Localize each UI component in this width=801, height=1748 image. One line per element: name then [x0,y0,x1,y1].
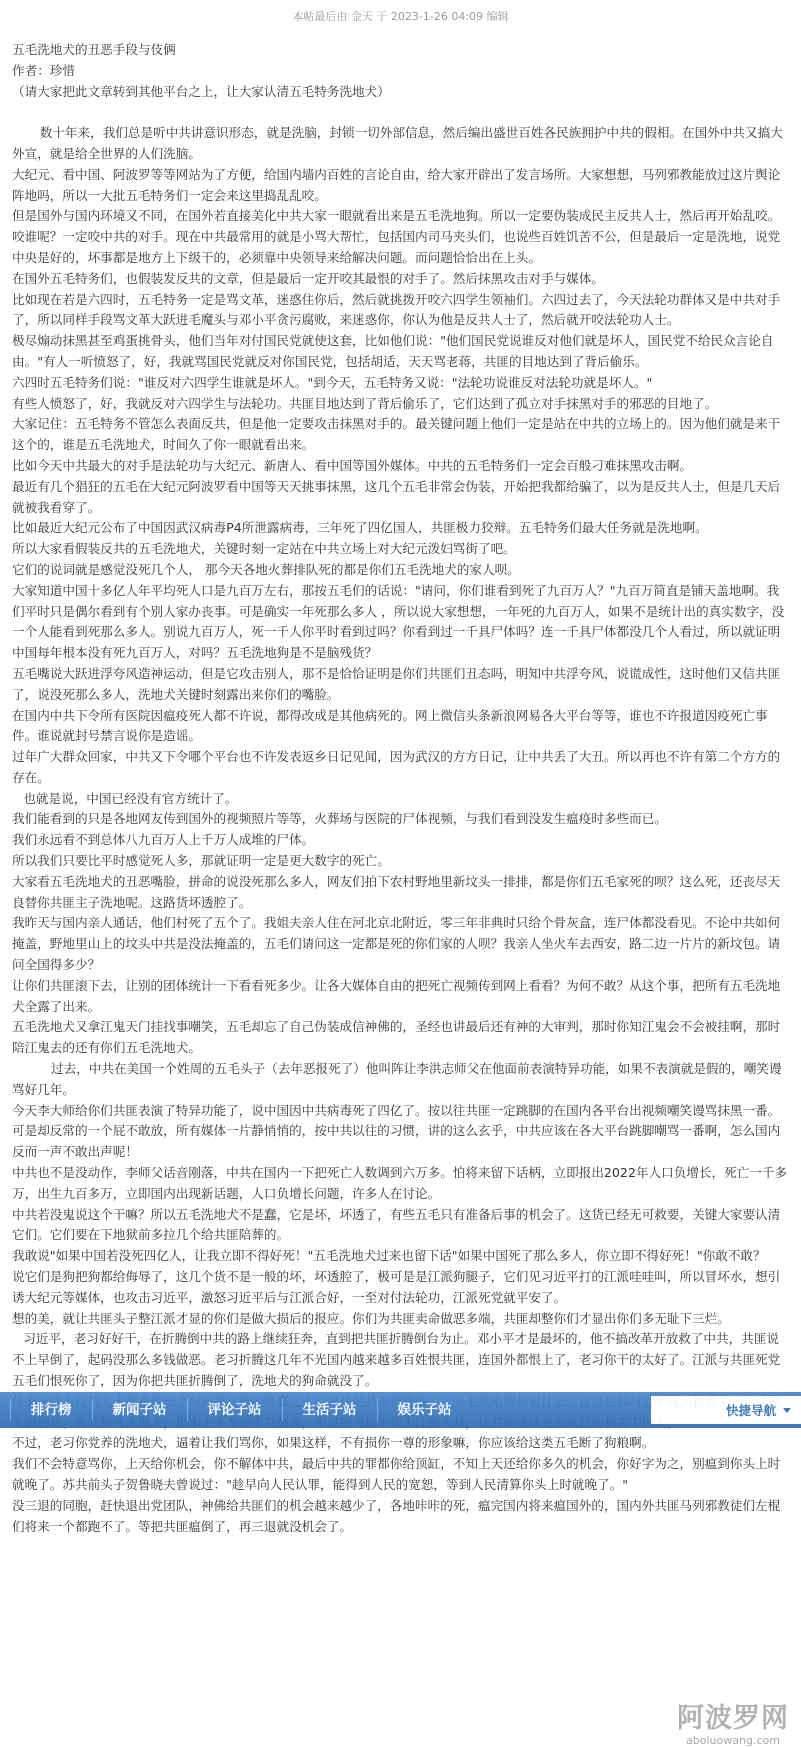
paragraph: 过去，中共在美国一个姓周的五毛头子（去年恶报死了）他叫阵让李洪志师父在他面前表演… [12,1059,790,1101]
paragraph: 在国内中共下令所有医院因瘟疫死人都不许说，都得改成是其他病死的。网上微信头条新浪… [12,706,790,748]
paragraph: 过年广大群众回家，中共又下令哪个平台也不许发表返乡日记见闻，因为武汉的方方日记，… [12,747,790,789]
paragraph: 有些人愤怒了，好，我就反对六四学生与法轮功。共匪目地达到了背后偷乐了，它们达到了… [12,394,790,415]
article-note: （请大家把此文章转到其他平台之上，让大家认清五毛特务洗地犬） [12,82,790,103]
paragraph: 咬谁呢？一定咬中共的对手。现在中共最常用的就是小骂大帮忙，包括国内司马夹头们，也… [12,227,790,269]
watermark-domain: aboluowang.com [677,1734,789,1747]
chevron-down-icon [783,1408,791,1413]
article-title: 五毛洗地犬的丑恶手段与伎俩 [12,40,790,61]
nav-life-site[interactable]: 生活子站 [282,1399,377,1421]
paragraph: 中共若没鬼说这个干嘛？所以五毛洗地犬不是蠢，它是坏，坏透了，有些五毛只有准备后事… [12,1205,790,1247]
paragraph: 五毛洗地犬又拿江鬼天门挂找事嘲笑，五毛却忘了自己伪装成信神佛的，圣经也讲最后还有… [12,1017,790,1059]
paragraph: 我们永远看不到总体八九百万人上千万人成堆的尸体。 [12,830,790,851]
paragraph: 习近平，老习好好干，在折腾倒中共的路上继续狂奔，直到把共匪折腾倒台为止。邓小平才… [12,1329,790,1391]
paragraph: 可是却反常的一个屁不敢放，所有媒体一片静悄悄的，按中共以往的习惯，讲的这么玄乎，… [12,1121,790,1163]
paragraph: 但是国外与国内环境又不同，在国外若直接美化中共大家一眼就看出来是五毛洗地狗。所以… [12,206,790,227]
paragraph: 说它们是狗把狗都给侮辱了，这几个货不是一般的坏，坏透腔了，极可是是江派狗腿子，它… [12,1267,790,1309]
paragraph: 比如今天中共最大的对手是法轮功与大纪元、新唐人、看中国等国外媒体。中共的五毛特务… [12,456,790,477]
paragraph: 让你们共匪滚下去，让别的团体统计一下看看死多少。让各大媒体自由的把死亡视频传到网… [12,976,790,1018]
paragraph: 大家知道中国十多亿人年平均死人口是九百万左右，那按五毛们的话说："请问，你们谁看… [12,581,790,664]
nav-news-site[interactable]: 新闻子站 [92,1399,187,1421]
paragraph: 我们能看到的只是各地网友传到国外的视频照片等等，火葬场与医院的尸体视频，与我们看… [12,809,790,830]
paragraph: 我们不会特意骂你，上天给你机会，你不解体中共，最后中共的罪都你给顶缸，不知上天还… [12,1454,790,1496]
paragraph: 中共也不是没动作，李师父话音刚落，中共在国内一下把死亡人数调到六万多。怕将来留下… [12,1163,790,1205]
paragraph: 它们的说词就是感觉没死几个人， 那今天各地火葬排队死的都是你们五毛洗地犬的家人呗… [12,560,790,581]
paragraph: 也就是说，中国已经没有官方统计了。 [12,789,790,810]
paragraph: 六四时五毛特务们说："谁反对六四学生谁就是坏人。"到今天，五毛特务又说："法轮功… [12,373,790,394]
paragraph: 不过，老习你党养的洗地犬，逼着让我们骂你，如果这样，不有损你一尊的形象嘛，你应该… [12,1433,790,1454]
paragraph: 最近有几个猖狂的五毛在大纪元阿波罗看中国等天天挑事抹黑，这几个五毛非常会伪装，开… [12,477,790,519]
site-watermark: 阿波罗网 aboluowang.com [677,1704,789,1747]
paragraph: 大纪元、看中国、阿波罗等等网站为了方便，给国内墙内百姓的言论自由，给大家开辟出了… [12,165,790,207]
paragraph: 五毛嘴说大跃进浮夸风造神运动，但是它攻击别人，那不是恰恰证明是你们共匪们丑态吗，… [12,664,790,706]
nav-ranking[interactable]: 排行榜 [10,1399,92,1421]
paragraph: 所以大家看假装反共的五毛洗地犬，关键时刻一定站在中共立场上对大纪元泼妇骂街了吧。 [12,539,790,560]
nav-commentary-site[interactable]: 评论子站 [187,1399,282,1421]
nav-entertainment-site[interactable]: 娱乐子站 [377,1399,472,1421]
site-navbar: 排行榜 新闻子站 评论子站 生活子站 娱乐子站 快捷导航 [0,1392,801,1428]
paragraph: 大家记住：五毛特务不管怎么表面反共，但是他一定要攻击抹黑对手的。最关键问题上他们… [12,414,790,456]
paragraph: 比如现在若是六四时，五毛特务一定是骂文革，迷惑住你后，然后就挑拨开咬六四学生领袖… [12,290,790,332]
paragraph: 我昨天与国内亲人通话，他们村死了五个了。我姐夫亲人住在河北京北附近，零三年非典时… [12,913,790,975]
paragraph: 所以我们只要比平时感觉死人多，那就证明一定是更大数字的死亡。 [12,851,790,872]
watermark-logo-text: 阿波罗网 [677,1704,789,1734]
paragraph: 我敢说"如果中国若没死四亿人，让我立即不得好死！"五毛洗地犬过来也留下话"如果中… [12,1246,790,1267]
quick-nav-label: 快捷导航 [726,1401,776,1419]
paragraph: 数十年来，我们总是听中共讲意识形态，就是洗脑，封锁一切外部信息，然后编出盛世百姓… [12,123,790,165]
paragraph: 在国外五毛特务们，也假装发反共的文章，但是最后一定开咬其最恨的对手了。然后抹黑攻… [12,269,790,290]
paragraph: 想的美，就让共匪头子整江派才显的你们是做大损后的报应。你们为共匪卖命做恶多端，共… [12,1309,790,1330]
paragraph: 没三退的同胞，赶快退出党团队，神佛给共匪们的机会越来越少了，各地咔咔的死，瘟完国… [12,1496,790,1538]
article-author: 作者：珍惜 [12,61,790,82]
paragraph: 比如最近大纪元公布了中国因武汉病毒P4所泄露病毒，三年死了四亿国人，共匪极力狡辩… [12,518,790,539]
paragraph: 大家看五毛洗地犬的丑恶嘴脸，拼命的说没死那么多人，网友们拍下农村野地里新坟头一排… [12,872,790,914]
quick-nav-dropdown[interactable]: 快捷导航 [651,1396,801,1424]
blank-line [12,102,790,123]
post-content: 五毛洗地犬的丑恶手段与伎俩 作者：珍惜 （请大家把此文章转到其他平台之上，让大家… [12,40,790,1537]
paragraph: 极尽煽动抹黑甚至鸡蛋挑骨头，他们当年对付国民党就使这套，比如他们说："他们国民党… [12,331,790,373]
last-edited-note: 本帖最后由 金天 于 2023-1-26 04:09 编辑 [0,8,801,24]
paragraph: 今天李大师给你们共匪表演了特异功能了，说中国因中共病毒死了四亿了。按以往共匪一定… [12,1101,790,1122]
